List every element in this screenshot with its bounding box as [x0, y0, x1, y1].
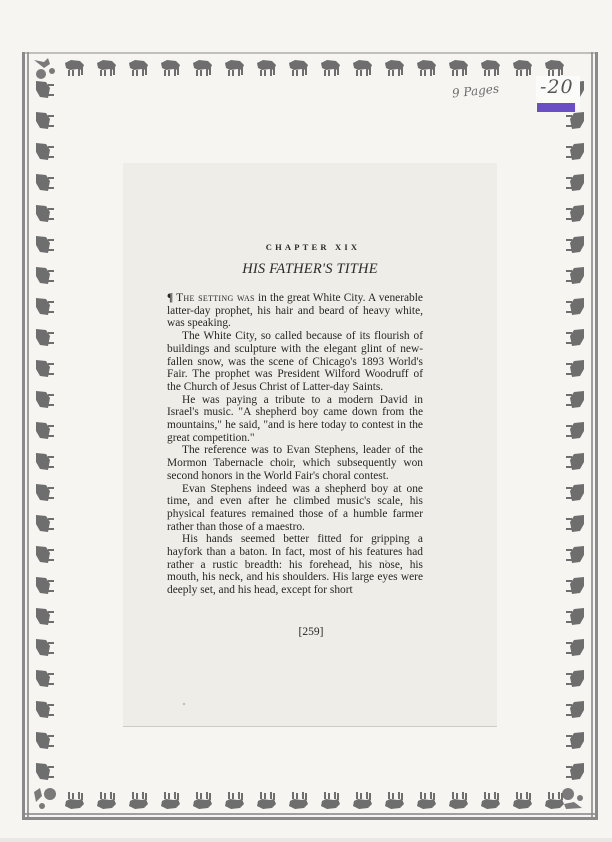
book-page: CHAPTER XIX HIS FATHER'S TITHE ¶The sett… — [123, 163, 497, 726]
bison-motif-icon — [30, 357, 56, 379]
bison-motif-icon — [94, 788, 120, 810]
bison-motif-icon — [30, 636, 56, 658]
bison-motif-icon — [564, 326, 590, 348]
scanned-sheet: 9 Pages -20 CHAPTER XIX HIS FATHER'S TIT… — [0, 0, 612, 842]
bison-motif-icon — [318, 57, 344, 79]
bison-motif-icon — [564, 543, 590, 565]
bison-motif-icon — [382, 57, 408, 79]
bison-motif-icon — [382, 788, 408, 810]
bison-motif-icon — [30, 388, 56, 410]
bison-motif-icon — [222, 788, 248, 810]
bison-motif-icon — [564, 636, 590, 658]
bison-motif-icon — [158, 57, 184, 79]
page-number: [259] — [123, 626, 497, 638]
corner-ornament-icon — [32, 786, 58, 810]
bison-motif-icon — [222, 57, 248, 79]
bison-motif-icon — [564, 450, 590, 472]
bison-motif-icon — [564, 605, 590, 627]
border-rule-left — [22, 52, 25, 820]
bison-motif-icon — [30, 140, 56, 162]
bison-motif-icon — [564, 512, 590, 534]
bison-motif-icon — [62, 57, 88, 79]
bison-motif-icon — [414, 57, 440, 79]
scan-speck — [183, 703, 185, 705]
bison-motif-icon — [446, 788, 472, 810]
bison-motif-icon — [30, 233, 56, 255]
chapter-title: HIS FATHER'S TITHE — [123, 261, 497, 278]
border-rule-right — [595, 52, 598, 820]
border-rule-right-inner — [591, 52, 593, 820]
bison-motif-icon — [30, 729, 56, 751]
bison-motif-icon — [564, 760, 590, 782]
paragraph: The reference was to Evan Stephens, lead… — [167, 444, 423, 482]
border-rule-left-inner — [27, 52, 29, 820]
bison-motif-icon — [564, 171, 590, 193]
chapter-label: CHAPTER XIX — [123, 242, 497, 252]
paragraph: The White City, so called because of its… — [167, 330, 423, 394]
bison-motif-icon — [446, 57, 472, 79]
page-tag-color-bar — [537, 103, 575, 112]
bison-motif-icon — [62, 788, 88, 810]
bison-motif-icon — [30, 109, 56, 131]
bison-motif-icon — [126, 57, 152, 79]
page-tag-number: -20 — [540, 76, 574, 98]
border-rule-bottom — [22, 817, 598, 820]
sheet-edge — [0, 838, 612, 842]
bison-motif-icon — [30, 760, 56, 782]
bison-motif-icon — [158, 788, 184, 810]
bison-motif-icon — [30, 605, 56, 627]
bison-motif-icon — [30, 667, 56, 689]
bison-motif-icon — [564, 295, 590, 317]
bison-motif-icon — [350, 57, 376, 79]
bison-motif-icon — [254, 788, 280, 810]
bison-motif-icon — [286, 57, 312, 79]
border-motifs-bottom — [62, 788, 568, 810]
scan-speck — [385, 560, 387, 562]
bison-motif-icon — [30, 264, 56, 286]
bison-motif-icon — [254, 57, 280, 79]
bison-motif-icon — [564, 109, 590, 131]
bison-motif-icon — [564, 698, 590, 720]
bison-motif-icon — [30, 450, 56, 472]
corner-ornament-icon — [32, 56, 58, 80]
bison-motif-icon — [510, 57, 536, 79]
border-rule-bottom-inner — [22, 813, 598, 815]
bison-motif-icon — [94, 57, 120, 79]
paragraph-mark-icon: ¶ — [167, 292, 173, 304]
bison-motif-icon — [30, 202, 56, 224]
lead-in-smallcaps: The setting was — [176, 292, 255, 304]
bison-motif-icon — [478, 788, 504, 810]
bison-motif-icon — [318, 788, 344, 810]
bison-motif-icon — [126, 788, 152, 810]
bison-motif-icon — [564, 388, 590, 410]
bison-motif-icon — [510, 788, 536, 810]
bison-motif-icon — [564, 264, 590, 286]
border-motifs-top — [62, 57, 568, 79]
bison-motif-icon — [564, 667, 590, 689]
bison-motif-icon — [564, 233, 590, 255]
bison-motif-icon — [564, 357, 590, 379]
bison-motif-icon — [564, 729, 590, 751]
bison-motif-icon — [30, 171, 56, 193]
bison-motif-icon — [30, 543, 56, 565]
bison-motif-icon — [564, 140, 590, 162]
paragraph: He was paying a tribute to a modern Davi… — [167, 394, 423, 445]
bison-motif-icon — [30, 481, 56, 503]
bison-motif-icon — [478, 57, 504, 79]
paragraph: ¶The setting was in the great White City… — [167, 292, 423, 330]
bison-motif-icon — [30, 574, 56, 596]
bison-motif-icon — [30, 512, 56, 534]
bison-motif-icon — [30, 419, 56, 441]
bison-motif-icon — [30, 295, 56, 317]
bison-motif-icon — [542, 788, 568, 810]
border-motifs-right — [564, 78, 590, 782]
border-rule-top — [22, 52, 598, 54]
bison-motif-icon — [414, 788, 440, 810]
bison-motif-icon — [286, 788, 312, 810]
bison-motif-icon — [564, 574, 590, 596]
bison-motif-icon — [350, 788, 376, 810]
paragraph: His hands seemed better fitted for gripp… — [167, 533, 423, 597]
bison-motif-icon — [564, 202, 590, 224]
bison-motif-icon — [190, 57, 216, 79]
bison-motif-icon — [564, 481, 590, 503]
bison-motif-icon — [30, 326, 56, 348]
bison-motif-icon — [564, 419, 590, 441]
border-motifs-left — [30, 78, 56, 782]
body-text: ¶The setting was in the great White City… — [167, 292, 423, 597]
bison-motif-icon — [190, 788, 216, 810]
bison-motif-icon — [30, 78, 56, 100]
bison-motif-icon — [30, 698, 56, 720]
paragraph: Evan Stephens indeed was a shepherd boy … — [167, 483, 423, 534]
